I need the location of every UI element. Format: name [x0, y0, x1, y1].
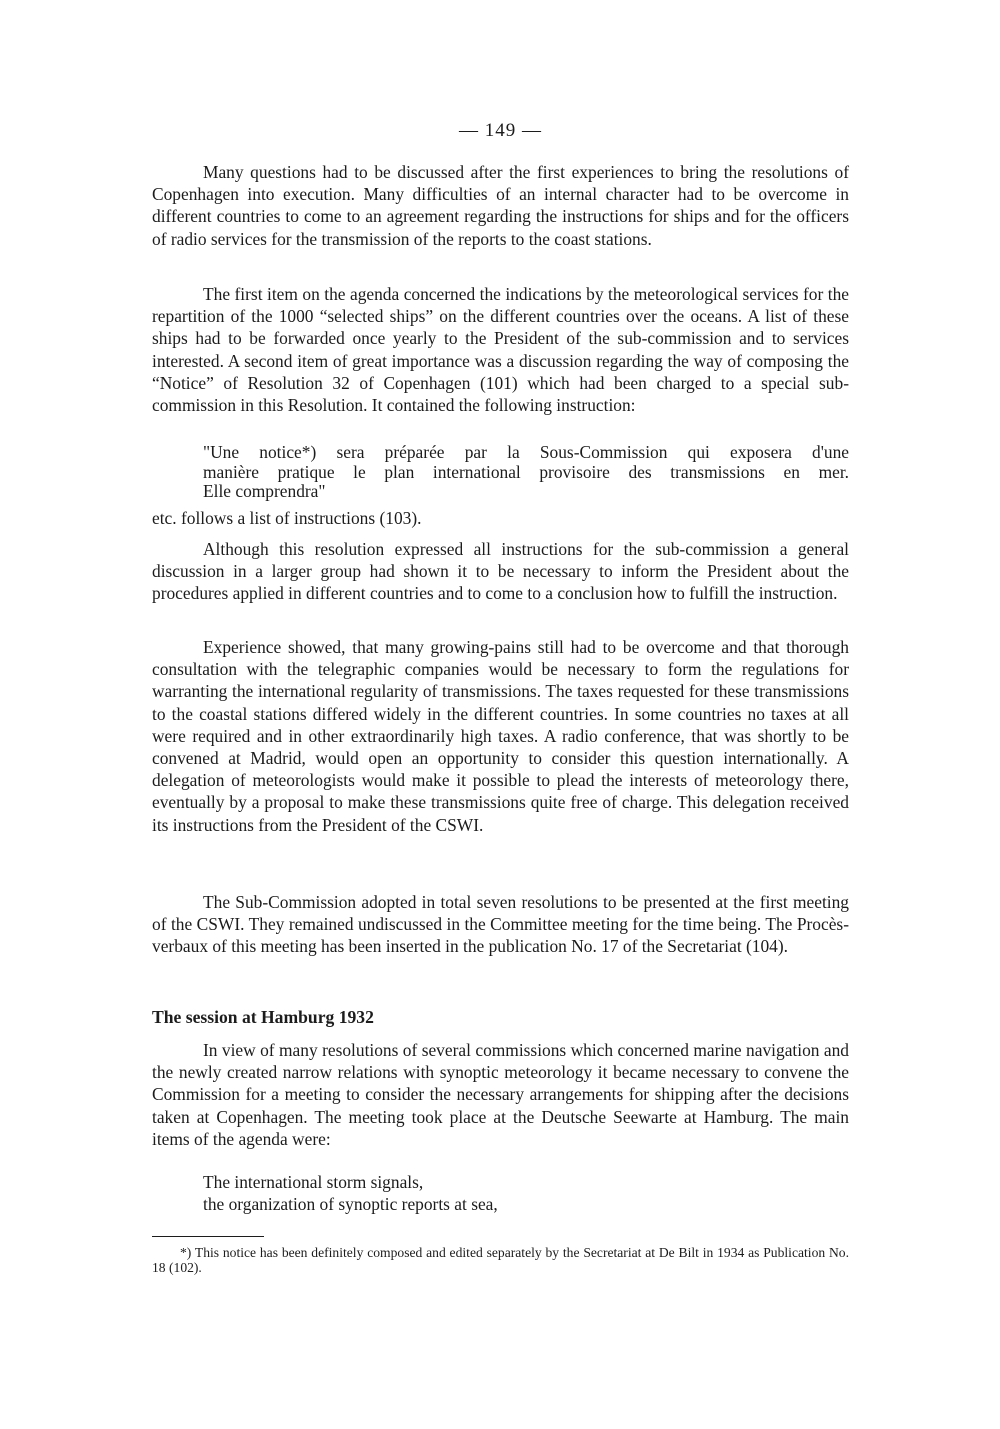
- quote-line: manière pratique le plan international p…: [203, 463, 849, 483]
- quote-line: Elle comprendra": [203, 482, 849, 502]
- agenda-item: the organization of synoptic reports at …: [203, 1193, 843, 1215]
- agenda-item: The international storm signals,: [203, 1171, 843, 1193]
- footnote: *) This notice has been definitely compo…: [152, 1246, 849, 1275]
- paragraph-resolution-discussion: Although this resolution expressed all i…: [152, 538, 849, 605]
- paragraph-sub-commission-resolutions: The Sub-Commission adopted in total seve…: [152, 891, 849, 958]
- paragraph-hamburg-session: In view of many resolutions of several c…: [152, 1039, 849, 1150]
- paragraph-agenda-first-item: The first item on the agenda concerned t…: [152, 283, 849, 416]
- agenda-list: The international storm signals, the org…: [203, 1171, 843, 1215]
- french-quotation: "Une notice*) sera préparée par la Sous-…: [203, 443, 849, 502]
- page-number: — 149 —: [152, 120, 849, 142]
- paragraph-experience: Experience showed, that many growing-pai…: [152, 636, 849, 836]
- paragraph-instructions-list: etc. follows a list of instructions (103…: [152, 507, 849, 529]
- quote-line: "Une notice*) sera préparée par la Sous-…: [203, 443, 849, 463]
- paragraph-copenhagen-execution: Many questions had to be discussed after…: [152, 161, 849, 250]
- footnote-divider: [152, 1236, 264, 1237]
- section-heading: The session at Hamburg 1932: [152, 1006, 374, 1028]
